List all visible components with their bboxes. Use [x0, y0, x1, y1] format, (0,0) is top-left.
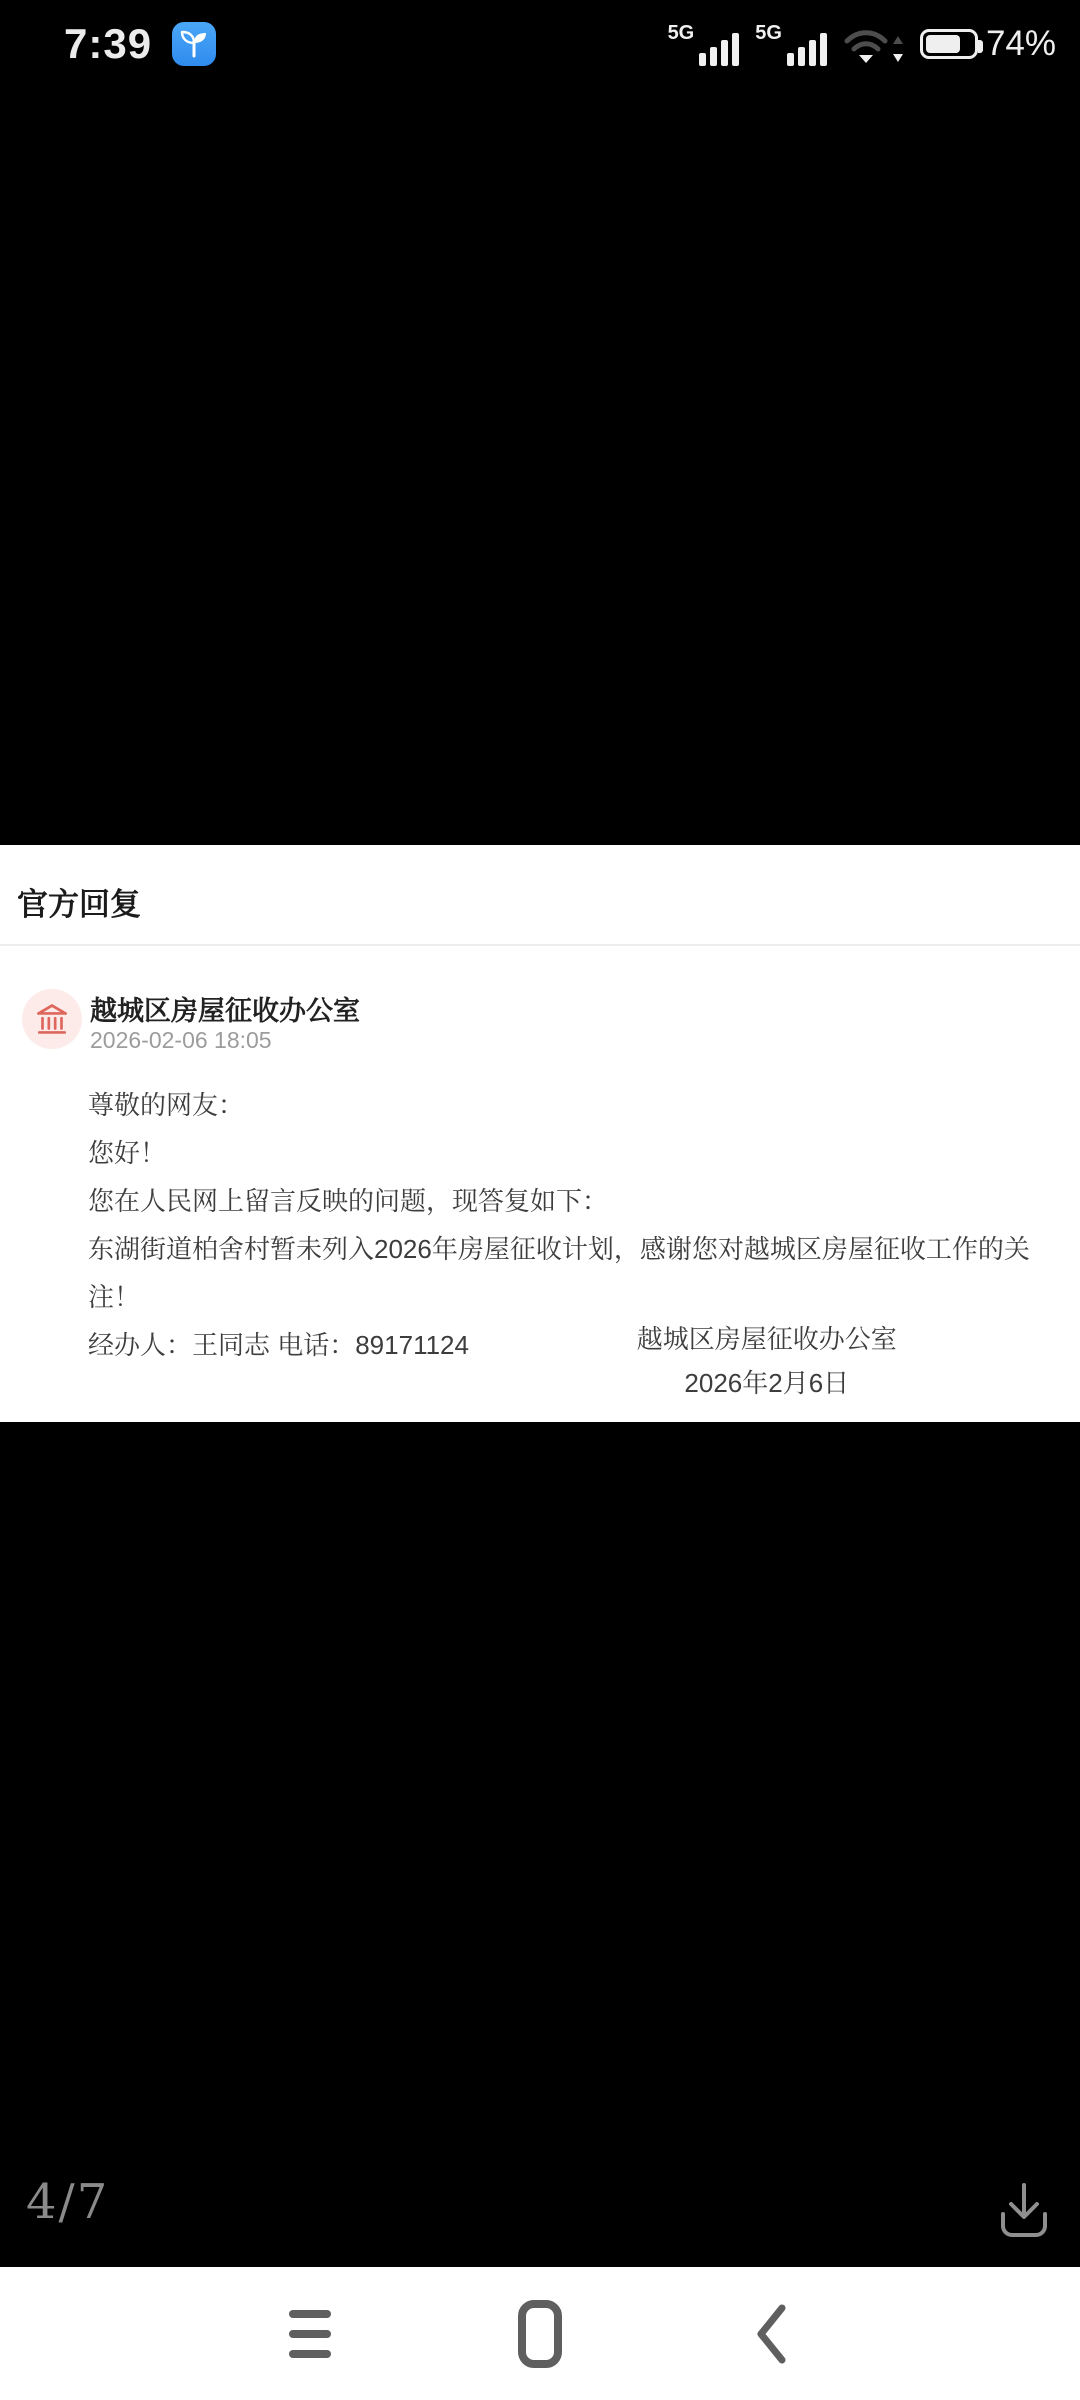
signature-org: 越城区房屋征收办公室 — [454, 1317, 1080, 1361]
clock: 7:39 — [64, 20, 152, 68]
home-button[interactable] — [480, 2267, 600, 2400]
reply-timestamp: 2026-02-06 18:05 — [90, 1027, 272, 1054]
section-title: 官方回复 — [17, 879, 141, 924]
network-type-sim2: 5G — [755, 22, 782, 45]
signal-strength-sim1-icon: 5G — [668, 22, 740, 66]
reply-line: 您好！ — [88, 1129, 1040, 1177]
official-reply-card: 官方回复 越城区房屋征收办公室 2026-02-06 18:05 尊敬的网友： … — [0, 845, 1080, 1422]
download-button[interactable] — [990, 2180, 1058, 2242]
reply-line: 尊敬的网友： — [88, 1081, 1040, 1129]
status-bar-right: 5G 5G — [668, 22, 1056, 66]
menu-icon — [289, 2310, 331, 2358]
status-bar-left: 7:39 — [64, 20, 216, 68]
download-icon — [991, 2181, 1057, 2241]
page-indicator: 4/7 — [26, 2174, 109, 2230]
reply-line: 东湖街道柏舍村暂未列入2026年房屋征收计划，感谢您对越城区房屋征收工作的关注！ — [88, 1225, 1040, 1321]
government-building-icon — [33, 1000, 71, 1038]
status-bar: 7:39 5G 5G — [0, 0, 1080, 82]
agency-name: 越城区房屋征收办公室 — [90, 989, 360, 1028]
recents-menu-button[interactable] — [250, 2267, 370, 2400]
signature-date: 2026年2月6日 — [454, 1361, 1080, 1405]
battery-percent: 74% — [986, 24, 1056, 64]
signature-block: 越城区房屋征收办公室 2026年2月6日 — [454, 1317, 1080, 1405]
agency-avatar — [22, 989, 82, 1049]
wifi-icon — [843, 26, 904, 66]
phone-screen: 7:39 5G 5G — [0, 0, 1080, 2400]
divider — [0, 944, 1080, 946]
home-icon — [518, 2300, 562, 2368]
reply-line: 您在人民网上留言反映的问题，现答复如下： — [88, 1177, 1040, 1225]
network-type-sim1: 5G — [668, 22, 695, 45]
sprout-notification-icon — [172, 22, 216, 66]
battery-icon: 74% — [920, 24, 1056, 66]
signal-strength-sim2-icon: 5G — [755, 22, 827, 66]
system-nav-bar — [0, 2267, 1080, 2400]
data-arrows-icon — [892, 34, 904, 64]
back-chevron-icon — [754, 2303, 788, 2365]
back-button[interactable] — [711, 2267, 831, 2400]
